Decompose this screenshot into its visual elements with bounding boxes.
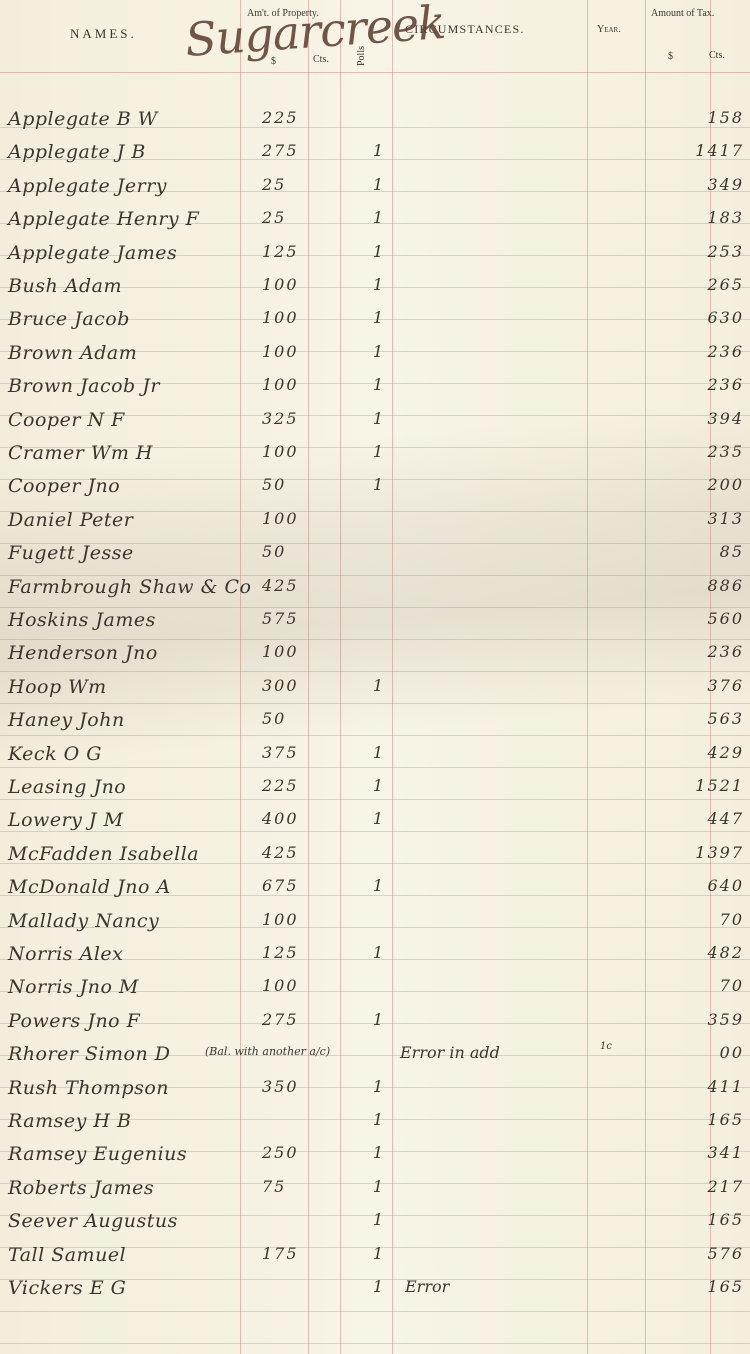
- header-divider: [0, 72, 750, 73]
- taxpayer-name: Daniel Peter: [8, 509, 133, 531]
- property-amount: 25: [262, 208, 322, 227]
- table-row: Hoskins James575560: [0, 605, 750, 637]
- table-row: Norris Alex1251482: [0, 939, 750, 971]
- table-row: Daniel Peter100313: [0, 505, 750, 537]
- taxpayer-name: Fugett Jesse: [8, 542, 134, 564]
- taxpayer-name: Applegate James: [8, 242, 177, 264]
- taxpayer-name: Hoop Wm: [8, 676, 107, 698]
- tax-amount: 85: [672, 542, 744, 561]
- taxpayer-name: Keck O G: [8, 743, 102, 765]
- table-row: Powers Jno F2751359: [0, 1006, 750, 1038]
- table-row: Brown Jacob Jr1001236: [0, 371, 750, 403]
- tax-amount: 00: [672, 1043, 744, 1062]
- polls-count: 1: [370, 676, 386, 695]
- property-amount: 100: [262, 308, 322, 327]
- tax-amount: 235: [672, 442, 744, 461]
- taxpayer-name: Powers Jno F: [8, 1010, 140, 1032]
- table-row: Cramer Wm H1001235: [0, 438, 750, 470]
- taxpayer-name: Leasing Jno: [8, 776, 126, 798]
- property-amount: 275: [262, 1010, 322, 1029]
- table-row: Rhorer Simon DError in add(Bal. with ano…: [0, 1039, 750, 1071]
- property-amount: 50: [262, 475, 322, 494]
- property-amount: 25: [262, 175, 322, 194]
- polls-count: 1: [370, 1244, 386, 1263]
- property-amount: 350: [262, 1077, 322, 1096]
- taxpayer-name: Rush Thompson: [8, 1077, 169, 1099]
- year-value: 1c: [600, 1041, 612, 1052]
- table-row: Haney John50563: [0, 705, 750, 737]
- property-amount: 400: [262, 809, 322, 828]
- table-row: Leasing Jno22511521: [0, 772, 750, 804]
- tax-amount: 313: [672, 509, 744, 528]
- property-amount: 425: [262, 576, 322, 595]
- tax-dollar-header: $: [668, 51, 673, 62]
- table-row: Applegate J B27511417: [0, 137, 750, 169]
- note-text: (Bal. with another a/c): [205, 1045, 330, 1058]
- polls-count: 1: [370, 1010, 386, 1029]
- property-amount: 325: [262, 409, 322, 428]
- taxpayer-name: McDonald Jno A: [8, 876, 171, 898]
- table-row: Mallady Nancy10070: [0, 906, 750, 938]
- taxpayer-name: Applegate J B: [8, 141, 146, 163]
- taxpayer-name: Applegate B W: [8, 108, 158, 130]
- table-row: Tall Samuel1751576: [0, 1240, 750, 1272]
- table-row: McDonald Jno A6751640: [0, 872, 750, 904]
- taxpayer-name: Hoskins James: [8, 609, 156, 631]
- tax-amount: 482: [672, 943, 744, 962]
- property-amount: 275: [262, 141, 322, 160]
- property-amount: 100: [262, 509, 322, 528]
- table-row: Bruce Jacob1001630: [0, 304, 750, 336]
- tax-amount: 236: [672, 375, 744, 394]
- property-amount: 125: [262, 943, 322, 962]
- district-signature: Sugarcreek: [183, 0, 446, 67]
- tax-amount: 165: [672, 1110, 744, 1129]
- table-row: Norris Jno M10070: [0, 972, 750, 1004]
- table-row: Applegate B W225158: [0, 104, 750, 136]
- taxpayer-name: Vickers E G: [8, 1277, 126, 1299]
- tax-amount: 563: [672, 709, 744, 728]
- polls-count: 1: [370, 1077, 386, 1096]
- tax-cents-header: Cts.: [709, 50, 725, 61]
- tax-amount: 253: [672, 242, 744, 261]
- tax-amount: 236: [672, 642, 744, 661]
- tax-amount: 359: [672, 1010, 744, 1029]
- taxpayer-name: Ramsey Eugenius: [8, 1143, 187, 1165]
- property-amount: 225: [262, 108, 322, 127]
- table-row: Cooper Jno501200: [0, 471, 750, 503]
- tax-amount: 1397: [672, 843, 744, 862]
- table-row: Roberts James751217: [0, 1173, 750, 1205]
- polls-count: 1: [370, 876, 386, 895]
- polls-count: 1: [370, 809, 386, 828]
- tax-amount: 200: [672, 475, 744, 494]
- taxpayer-name: Applegate Henry F: [8, 208, 199, 230]
- taxpayer-name: Applegate Jerry: [8, 175, 167, 197]
- taxpayer-name: Seever Augustus: [8, 1210, 178, 1232]
- tax-amount: 165: [672, 1210, 744, 1229]
- circumstances-text: Error: [405, 1277, 449, 1296]
- property-amount: 225: [262, 776, 322, 795]
- property-amount: 300: [262, 676, 322, 695]
- tax-amount: 349: [672, 175, 744, 194]
- tax-amount: 640: [672, 876, 744, 895]
- polls-count: 1: [370, 242, 386, 261]
- polls-count: 1: [370, 175, 386, 194]
- table-row: Applegate Henry F251183: [0, 204, 750, 236]
- polls-count: 1: [370, 943, 386, 962]
- taxpayer-name: Mallady Nancy: [8, 910, 159, 932]
- polls-count: 1: [370, 275, 386, 294]
- taxpayer-name: Tall Samuel: [8, 1244, 126, 1266]
- tax-amount: 376: [672, 676, 744, 695]
- taxpayer-name: Cooper N F: [8, 409, 125, 431]
- polls-count: 1: [370, 141, 386, 160]
- tax-amount: 1521: [672, 776, 744, 795]
- polls-count: 1: [370, 442, 386, 461]
- taxpayer-name: Norris Jno M: [8, 976, 139, 998]
- table-row: Cooper N F3251394: [0, 405, 750, 437]
- table-row: Henderson Jno100236: [0, 638, 750, 670]
- table-row: Hoop Wm3001376: [0, 672, 750, 704]
- tax-amount: 630: [672, 308, 744, 327]
- tax-amount: 1417: [672, 141, 744, 160]
- polls-count: 1: [370, 743, 386, 762]
- table-row: Farmbrough Shaw & Co425886: [0, 572, 750, 604]
- tax-amount: 886: [672, 576, 744, 595]
- tax-amount: 183: [672, 208, 744, 227]
- polls-count: 1: [370, 776, 386, 795]
- taxpayer-name: Henderson Jno: [8, 642, 158, 664]
- tax-amount: 447: [672, 809, 744, 828]
- property-amount: 175: [262, 1244, 322, 1263]
- polls-count: 1: [370, 1110, 386, 1129]
- taxpayer-name: McFadden Isabella: [8, 843, 199, 865]
- polls-count: 1: [370, 375, 386, 394]
- taxpayer-name: Haney John: [8, 709, 125, 731]
- property-amount: 100: [262, 342, 322, 361]
- property-amount: 100: [262, 275, 322, 294]
- polls-count: 1: [370, 1277, 386, 1296]
- taxpayer-name: Norris Alex: [8, 943, 123, 965]
- table-row: Ramsey Eugenius2501341: [0, 1139, 750, 1171]
- table-row: Bush Adam1001265: [0, 271, 750, 303]
- taxpayer-name: Brown Jacob Jr: [8, 375, 160, 397]
- tax-amount: 265: [672, 275, 744, 294]
- tax-amount: 411: [672, 1077, 744, 1096]
- property-amount: 425: [262, 843, 322, 862]
- tax-amount: 217: [672, 1177, 744, 1196]
- taxpayer-name: Rhorer Simon D: [8, 1043, 171, 1065]
- circumstances-text: Error in add: [400, 1043, 500, 1062]
- taxpayer-name: Roberts James: [8, 1177, 154, 1199]
- tax-amount: 576: [672, 1244, 744, 1263]
- taxpayer-name: Bush Adam: [8, 275, 122, 297]
- table-row: Lowery J M4001447: [0, 805, 750, 837]
- tax-amount: 236: [672, 342, 744, 361]
- property-amount: 100: [262, 442, 322, 461]
- property-amount: 50: [262, 542, 322, 561]
- taxpayer-name: Cramer Wm H: [8, 442, 153, 464]
- property-amount: 75: [262, 1177, 322, 1196]
- table-row: Seever Augustus1165: [0, 1206, 750, 1238]
- property-amount: 50: [262, 709, 322, 728]
- polls-count: 1: [370, 409, 386, 428]
- property-amount: 100: [262, 375, 322, 394]
- year-header: Year.: [597, 24, 621, 35]
- property-amount: 100: [262, 976, 322, 995]
- tax-amount: 341: [672, 1143, 744, 1162]
- table-row: Fugett Jesse5085: [0, 538, 750, 570]
- table-row: McFadden Isabella4251397: [0, 839, 750, 871]
- tax-amount: 394: [672, 409, 744, 428]
- tax-amount: 70: [672, 976, 744, 995]
- table-row: Applegate James1251253: [0, 238, 750, 270]
- tax-amount: 560: [672, 609, 744, 628]
- polls-count: 1: [370, 342, 386, 361]
- tax-amount: 70: [672, 910, 744, 929]
- polls-count: 1: [370, 475, 386, 494]
- property-amount: 100: [262, 910, 322, 929]
- taxpayer-name: Cooper Jno: [8, 475, 120, 497]
- taxpayer-name: Brown Adam: [8, 342, 137, 364]
- taxpayer-name: Bruce Jacob: [8, 308, 130, 330]
- taxpayer-name: Lowery J M: [8, 809, 124, 831]
- names-header: NAMES.: [70, 26, 137, 42]
- tax-amount: 429: [672, 743, 744, 762]
- table-row: Keck O G3751429: [0, 739, 750, 771]
- property-amount: 125: [262, 242, 322, 261]
- polls-count: 1: [370, 308, 386, 327]
- taxpayer-name: Farmbrough Shaw & Co: [8, 576, 252, 598]
- tax-amount: 165: [672, 1277, 744, 1296]
- property-amount: 250: [262, 1143, 322, 1162]
- polls-count: 1: [370, 1177, 386, 1196]
- polls-count: 1: [370, 208, 386, 227]
- property-amount: 100: [262, 642, 322, 661]
- tax-header: Amount of Tax.: [651, 8, 714, 19]
- taxpayer-name: Ramsey H B: [8, 1110, 131, 1132]
- table-row: Rush Thompson3501411: [0, 1073, 750, 1105]
- table-row: Vickers E G1Error165: [0, 1273, 750, 1305]
- table-row: Brown Adam1001236: [0, 338, 750, 370]
- property-amount: 575: [262, 609, 322, 628]
- property-amount: 375: [262, 743, 322, 762]
- ledger-page: NAMES. Am't. of Property. $ Cts. Polls C…: [0, 0, 750, 1354]
- polls-count: 1: [370, 1143, 386, 1162]
- property-amount: 675: [262, 876, 322, 895]
- polls-count: 1: [370, 1210, 386, 1229]
- tax-amount: 158: [672, 108, 744, 127]
- table-row: Ramsey H B1165: [0, 1106, 750, 1138]
- table-row: Applegate Jerry251349: [0, 171, 750, 203]
